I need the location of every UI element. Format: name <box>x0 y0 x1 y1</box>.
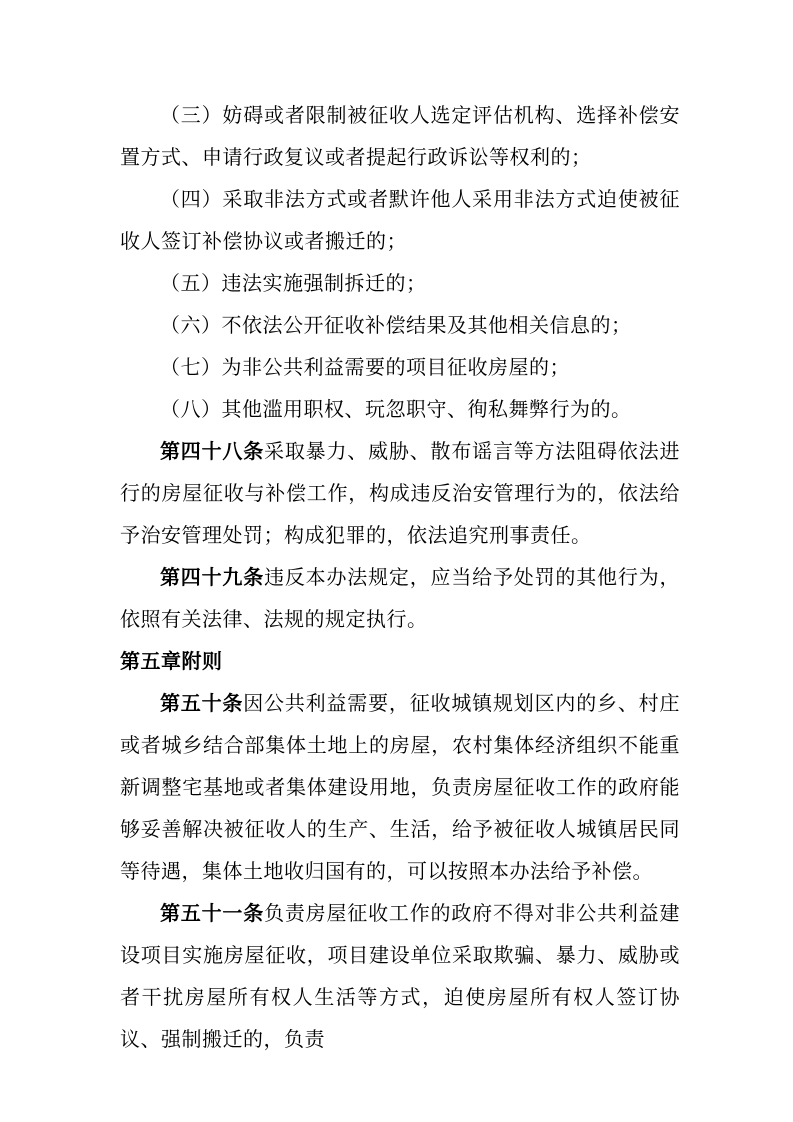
chapter-heading: 第五章附则 <box>120 641 680 683</box>
clause-text: （五）违法实施强制拆迁的； <box>160 273 427 295</box>
article-49: 第四十九条违反本办法规定，应当给予处罚的其他行为，依照有关法律、法规的规定执行。 <box>120 557 680 641</box>
article-text: 负责房屋征收工作的政府不得对非公共利益建设项目实施房屋征收，项目建设单位采取欺骗… <box>120 903 680 1051</box>
article-51: 第五十一条负责房屋征收工作的政府不得对非公共利益建设项目实施房屋征收，项目建设单… <box>120 893 680 1061</box>
clause-item-4: （四）采取非法方式或者默许他人采用非法方式迫使被征收人签订补偿协议或者搬迁的； <box>120 179 680 263</box>
article-48: 第四十八条采取暴力、威胁、散布谣言等方法阻碍依法进行的房屋征收与补偿工作，构成违… <box>120 431 680 557</box>
clause-text: （八）其他滥用职权、玩忽职守、徇私舞弊行为的。 <box>160 399 632 421</box>
article-text: 因公共利益需要，征收城镇规划区内的乡、村庄或者城乡结合部集体土地上的房屋，农村集… <box>120 693 680 883</box>
article-number: 第五十一条 <box>160 903 264 925</box>
clause-item-6: （六）不依法公开征收补偿结果及其他相关信息的； <box>120 305 680 347</box>
clause-item-7: （七）为非公共利益需要的项目征收房屋的； <box>120 347 680 389</box>
clause-item-3: （三）妨碍或者限制被征收人选定评估机构、选择补偿安置方式、申请行政复议或者提起行… <box>120 95 680 179</box>
clause-text: （六）不依法公开征收补偿结果及其他相关信息的； <box>160 315 632 337</box>
clause-item-5: （五）违法实施强制拆迁的； <box>120 263 680 305</box>
article-number: 第五十条 <box>160 693 243 715</box>
clause-text: （七）为非公共利益需要的项目征收房屋的； <box>160 357 570 379</box>
document-page: （三）妨碍或者限制被征收人选定评估机构、选择补偿安置方式、申请行政复议或者提起行… <box>0 0 793 1122</box>
clause-text: （三）妨碍或者限制被征收人选定评估机构、选择补偿安置方式、申请行政复议或者提起行… <box>120 105 680 169</box>
clause-item-8: （八）其他滥用职权、玩忽职守、徇私舞弊行为的。 <box>120 389 680 431</box>
article-number: 第四十九条 <box>160 567 264 589</box>
clause-text: （四）采取非法方式或者默许他人采用非法方式迫使被征收人签订补偿协议或者搬迁的； <box>120 189 680 253</box>
article-number: 第四十八条 <box>160 441 264 463</box>
article-50: 第五十条因公共利益需要，征收城镇规划区内的乡、村庄或者城乡结合部集体土地上的房屋… <box>120 683 680 893</box>
